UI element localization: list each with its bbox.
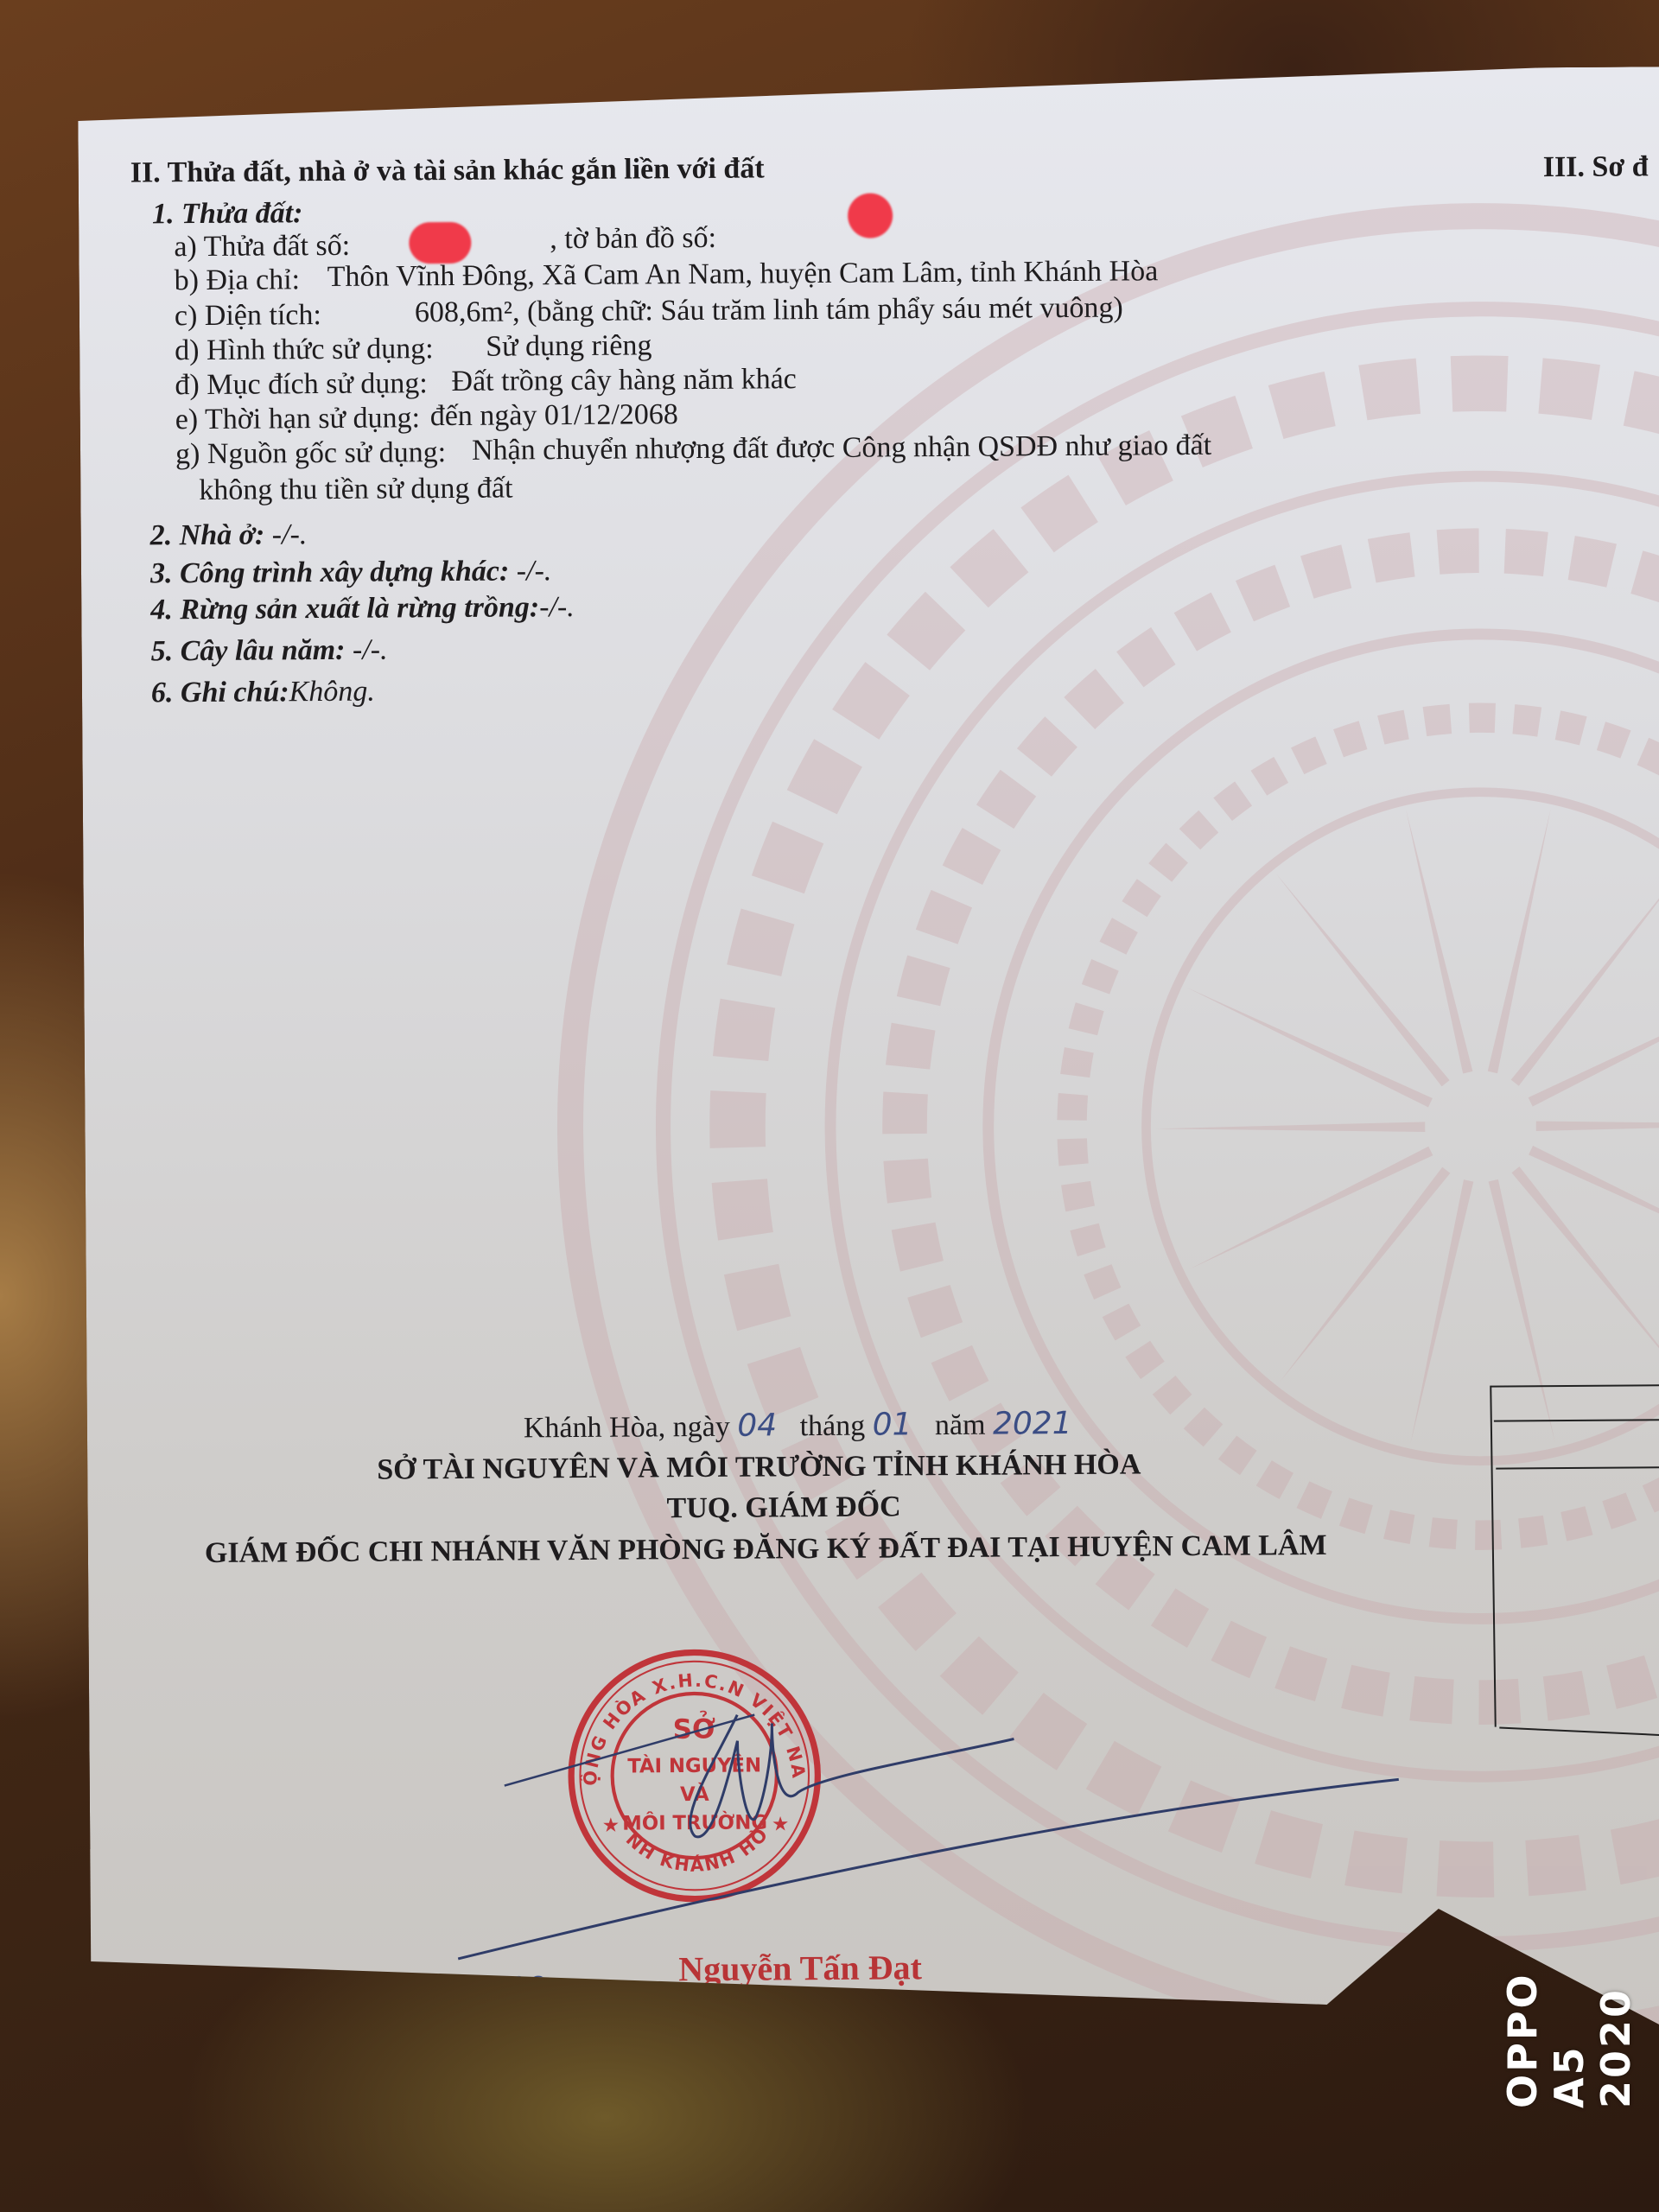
item-perennial-trees: 5. Cây lâu năm: -/-.	[151, 634, 388, 669]
signer-title: GIÁM ĐỐC CHI NHÁNH VĂN PHÒNG ĐĂNG KÝ ĐẤT…	[205, 1529, 1327, 1570]
parcel-number-label: a) Thửa đất số:	[174, 230, 350, 264]
registry-number-line: Số vào sổ cấp GCN:CS02908	[160, 1971, 546, 2009]
diagram-box-border	[1491, 1384, 1659, 1388]
section-ii-heading: II. Thửa đất, nhà ở và tài sản khác gắn …	[130, 152, 765, 189]
item-other-construction: 3. Công trình xây dựng khác: -/-.	[150, 555, 552, 590]
handwritten-signature	[452, 1684, 1404, 1985]
proxy-title: TUQ. GIÁM ĐỐC	[666, 1491, 900, 1525]
land-parcel-heading: 1. Thửa đất:	[152, 197, 303, 231]
map-sheet-label: , tờ bản đồ số:	[550, 222, 716, 256]
redaction-mark	[840, 186, 899, 245]
address-label: b) Địa chỉ:	[175, 264, 301, 297]
use-form-label: d) Hình thức sử dụng:	[175, 333, 434, 367]
use-origin-label: g) Nguồn gốc sử dụng:	[175, 436, 446, 471]
use-form-value: Sử dụng riêng	[486, 329, 652, 363]
use-purpose-value: Đất trồng cây hàng năm khác	[451, 363, 797, 398]
use-origin-value-cont: không thu tiền sử dụng đất	[199, 472, 512, 507]
use-term-label: e) Thời hạn sử dụng:	[175, 402, 420, 436]
item-housing: 2. Nhà ở: -/-.	[150, 518, 308, 552]
date-day: 04	[737, 1408, 777, 1443]
redaction-mark	[409, 222, 471, 264]
signer-name: Nguyễn Tấn Đạt	[678, 1947, 922, 1989]
use-purpose-label: đ) Mục đích sử dụng:	[175, 367, 428, 402]
date-month: 01	[873, 1407, 912, 1442]
use-origin-value: Nhận chuyển nhượng đất được Công nhận QS…	[472, 429, 1211, 467]
section-iii-heading: III. Sơ đ	[1543, 150, 1649, 184]
diagram-box-border	[1494, 1419, 1659, 1422]
issuing-agency: SỞ TÀI NGUYÊN VÀ MÔI TRƯỜNG TỈNH KHÁNH H…	[377, 1448, 1141, 1486]
diagram-box-border	[1490, 1386, 1497, 1727]
date-year: 2021	[993, 1406, 1072, 1442]
area-label: c) Diện tích:	[175, 299, 321, 333]
item-planted-forest: 4. Rừng sản xuất là rừng trồng:-/-.	[150, 591, 575, 626]
diagram-box-border	[1499, 1727, 1659, 1738]
registry-number-value: CS02908	[405, 1971, 546, 2007]
area-value: 608,6m², (bằng chữ: Sáu trăm linh tám ph…	[415, 292, 1123, 330]
place-date-line: Khánh Hòa, ngày 04 tháng 01 năm 2021	[524, 1406, 1072, 1445]
diagram-box-border	[1496, 1466, 1659, 1470]
item-notes: 6. Ghi chú:Không.	[151, 676, 375, 710]
address-value: Thôn Vĩnh Đông, Xã Cam An Nam, huyện Cam…	[327, 255, 1158, 294]
camera-watermark: OPPO A5 2020	[1499, 1948, 1639, 2108]
use-term-value: đến ngày 01/12/2068	[430, 398, 678, 433]
certificate-page: II. Thửa đất, nhà ở và tài sản khác gắn …	[78, 67, 1659, 2056]
